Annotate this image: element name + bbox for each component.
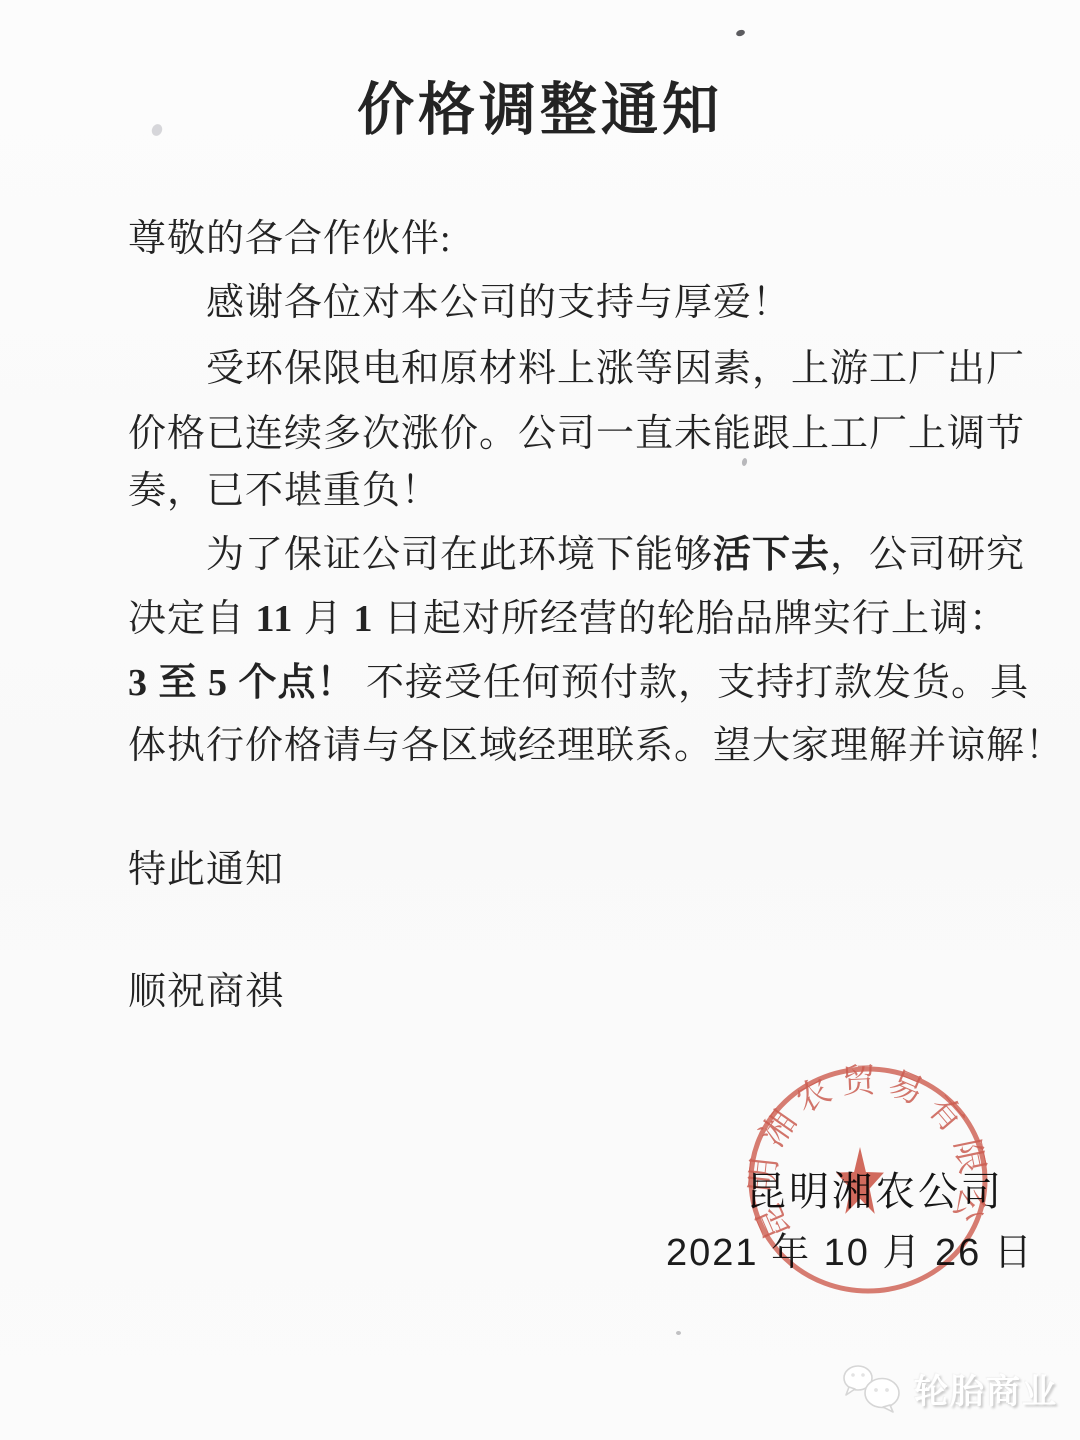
scan-speck xyxy=(735,29,745,37)
body-line: 尊敬的各合作伙伴: xyxy=(128,207,452,262)
text-run: 受环保限电和原材料上涨等因素，上游工厂出厂 xyxy=(206,348,1025,390)
text-run: 活下去 xyxy=(713,534,830,576)
body-line: 决定自 11 月 1 日起对所经营的轮胎品牌实行上调： xyxy=(128,587,1008,642)
text-run: 价格已连续多次涨价。公司一直未能跟上工厂上调节 xyxy=(128,413,1025,455)
wish-phrase: 顺祝商祺 xyxy=(128,960,284,1015)
text-run: 月 xyxy=(293,598,353,640)
seal-star-icon xyxy=(836,1147,884,1214)
text-run: 11 xyxy=(256,598,294,640)
text-run: ，公司研究 xyxy=(830,534,1025,576)
body-line: 感谢各位对本公司的支持与厚爱！ xyxy=(206,271,791,326)
scan-speck xyxy=(741,458,748,467)
watermark: 轮胎商业 xyxy=(840,1362,1058,1414)
body-line: 价格已连续多次涨价。公司一直未能跟上工厂上调节 xyxy=(128,402,1025,457)
body-line: 体执行价格请与各区域经理联系。望大家理解并谅解！ xyxy=(128,714,1064,769)
text-run: 为了保证公司在此环境下能够 xyxy=(206,534,713,576)
text-run: 奏，已不堪重负！ xyxy=(128,470,440,512)
text-run: 决定自 xyxy=(128,598,256,640)
closing-phrase: 特此通知 xyxy=(128,838,284,893)
wechat-icon xyxy=(840,1362,906,1414)
seal-ring-text: 昆明湘农贸易有限公司 xyxy=(742,1058,992,1245)
text-run: 日起对所经营的轮胎品牌实行上调： xyxy=(373,598,1008,640)
watermark-label: 轮胎商业 xyxy=(914,1364,1058,1413)
text-run: 1 xyxy=(353,598,373,640)
body-line: 受环保限电和原材料上涨等因素，上游工厂出厂 xyxy=(206,337,1025,392)
text-run: 尊敬的各合作伙伴: xyxy=(128,218,452,260)
scan-speck xyxy=(676,1331,681,1335)
page-title: 价格调整通知 xyxy=(0,64,1080,146)
scanned-letter-page: 价格调整通知 尊敬的各合作伙伴:感谢各位对本公司的支持与厚爱！受环保限电和原材料… xyxy=(0,0,1080,1440)
text-run: 不接受任何预付款，支持打款发货。具 xyxy=(356,662,1030,704)
body-line: 3 至 5 个点！ 不接受任何预付款，支持打款发货。具 xyxy=(128,651,1029,706)
text-run: 感谢各位对本公司的支持与厚爱！ xyxy=(206,282,791,324)
text-run: 3 至 5 个点！ xyxy=(128,662,356,704)
body-line: 为了保证公司在此环境下能够活下去，公司研究 xyxy=(206,523,1025,578)
text-run: 体执行价格请与各区域经理联系。望大家理解并谅解！ xyxy=(128,725,1064,767)
body-line: 奏，已不堪重负！ xyxy=(128,459,440,514)
company-seal-stamp: 昆明湘农贸易有限公司 xyxy=(742,1058,998,1304)
